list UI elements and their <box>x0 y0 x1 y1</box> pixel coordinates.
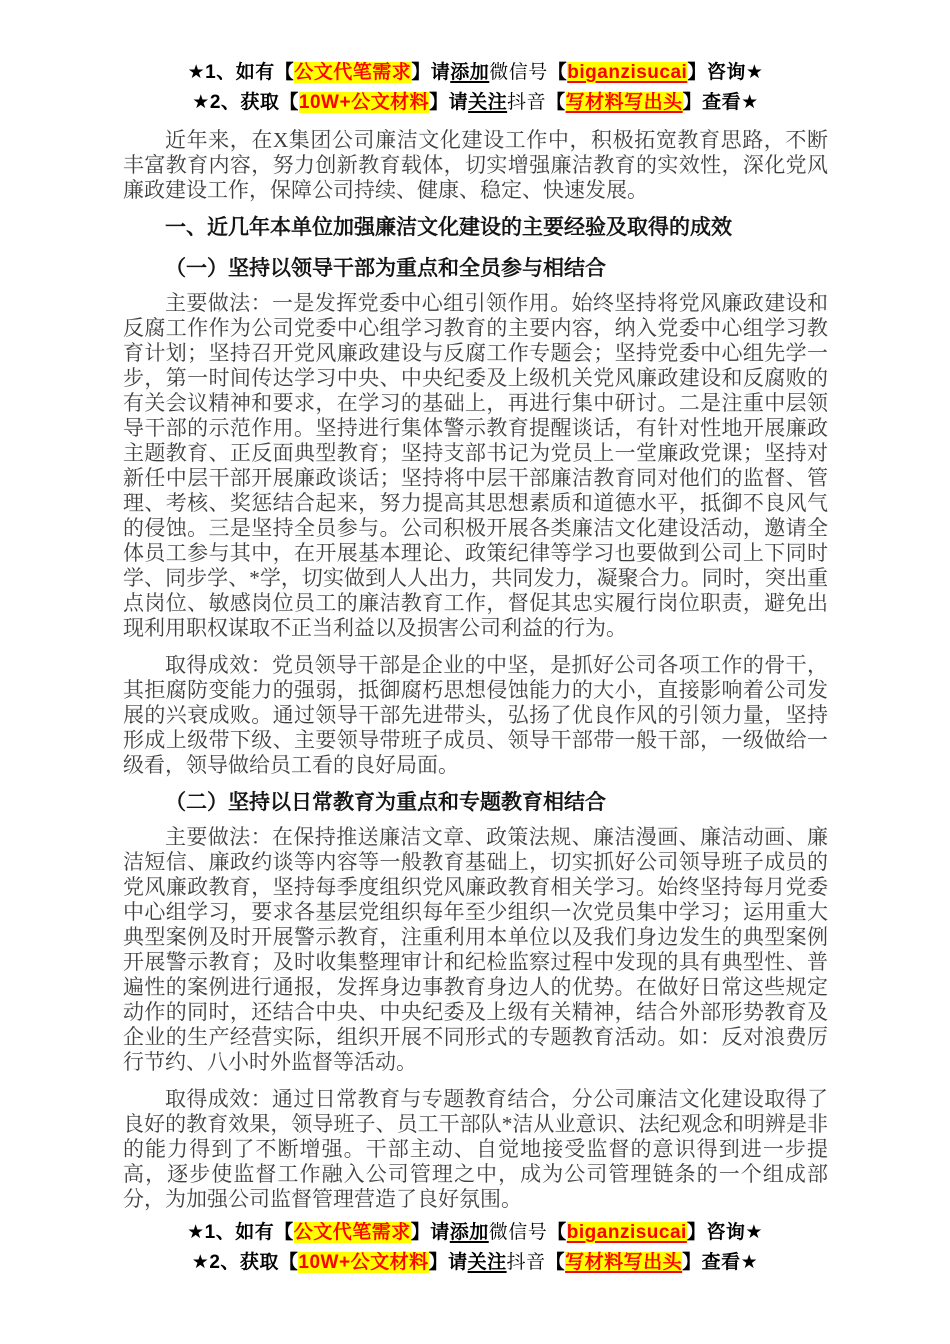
promo-text: 【 <box>547 1222 567 1243</box>
promo-banner-top: ★1、如有【公文代笔需求】请添加微信号【biganzisucai】咨询★ ★2、… <box>123 58 828 118</box>
promo-text: 【 <box>546 1252 566 1273</box>
results-paragraph-1: 取得成效：党员领导干部是企业的中坚，是抓好公司各项工作的骨干，其拒腐防变能力的强… <box>123 653 828 778</box>
subsection-heading-1-1: （一）坚持以领导干部为重点和全员参与相结合 <box>123 256 828 281</box>
highlighted-materials-text: 10W+公文材料 <box>298 1252 428 1273</box>
douyin-label: 抖音 <box>507 92 546 113</box>
promo-text: 】查看★ <box>683 92 759 113</box>
wechat-id-text: biganzisucai <box>567 62 687 83</box>
add-action-text: 添加 <box>450 62 489 83</box>
promo-line-2: ★2、获取【10W+公文材料】请关注抖音【写材料写出头】查看★ <box>0 1248 950 1278</box>
document-content: 近年来，在X集团公司廉洁文化建设工作中，积极拓宽教育思路，不断丰富教育内容，努力… <box>123 128 828 1212</box>
promo-text: 】咨询★ <box>687 62 763 83</box>
promo-text: 】请 <box>411 1222 450 1243</box>
promo-line-2: ★2、获取【10W+公文材料】请关注抖音【写材料写出头】查看★ <box>123 88 828 118</box>
highlighted-service-text: 公文代笔需求 <box>294 62 411 83</box>
douyin-label: 抖音 <box>507 1252 546 1273</box>
promo-line-1: ★1、如有【公文代笔需求】请添加微信号【biganzisucai】咨询★ <box>123 58 828 88</box>
promo-text: ★2、获取【 <box>192 1252 299 1273</box>
promo-text: 【 <box>546 92 566 113</box>
section-heading-1: 一、近几年本单位加强廉洁文化建设的主要经验及取得的成效 <box>123 215 828 240</box>
intro-paragraph: 近年来，在X集团公司廉洁文化建设工作中，积极拓宽教育思路，不断丰富教育内容，努力… <box>123 128 828 203</box>
follow-action-text: 关注 <box>468 1252 507 1273</box>
promo-text: 】请 <box>429 1252 468 1273</box>
promo-text: 【 <box>548 62 568 83</box>
promo-text: 】查看★ <box>682 1252 758 1273</box>
promo-text: ★1、如有【 <box>188 62 295 83</box>
promo-text: 】请 <box>429 92 468 113</box>
methods-paragraph-1: 主要做法：一是发挥党委中心组引领作用。始终坚持将党风廉政建设和反腐工作作为公司党… <box>123 291 828 641</box>
add-action-text: 添加 <box>450 1222 489 1243</box>
highlighted-service-text: 公文代笔需求 <box>294 1222 411 1243</box>
wechat-label: 微信号 <box>489 1222 548 1243</box>
douyin-id-text: 写材料写出头 <box>566 92 683 113</box>
document-page: ★1、如有【公文代笔需求】请添加微信号【biganzisucai】咨询★ ★2、… <box>0 0 950 1344</box>
follow-action-text: 关注 <box>468 92 507 113</box>
highlighted-materials-text: 10W+公文材料 <box>299 92 429 113</box>
wechat-label: 微信号 <box>489 62 548 83</box>
subsection-heading-1-2: （二）坚持以日常教育为重点和专题教育相结合 <box>123 790 828 815</box>
promo-text: ★1、如有【 <box>187 1222 294 1243</box>
methods-paragraph-2: 主要做法：在保持推送廉洁文章、政策法规、廉洁漫画、廉洁动画、廉洁短信、廉政约谈等… <box>123 825 828 1075</box>
promo-banner-bottom: ★1、如有【公文代笔需求】请添加微信号【biganzisucai】咨询★ ★2、… <box>0 1218 950 1278</box>
promo-text: 】请 <box>411 62 450 83</box>
promo-text: ★2、获取【 <box>192 92 299 113</box>
results-paragraph-2: 取得成效：通过日常教育与专题教育结合，分公司廉洁文化建设取得了良好的教育效果，领… <box>123 1087 828 1212</box>
promo-text: 】咨询★ <box>687 1222 763 1243</box>
wechat-id-text: biganzisucai <box>567 1222 687 1243</box>
promo-line-1: ★1、如有【公文代笔需求】请添加微信号【biganzisucai】咨询★ <box>0 1218 950 1248</box>
douyin-id-text: 写材料写出头 <box>565 1252 682 1273</box>
